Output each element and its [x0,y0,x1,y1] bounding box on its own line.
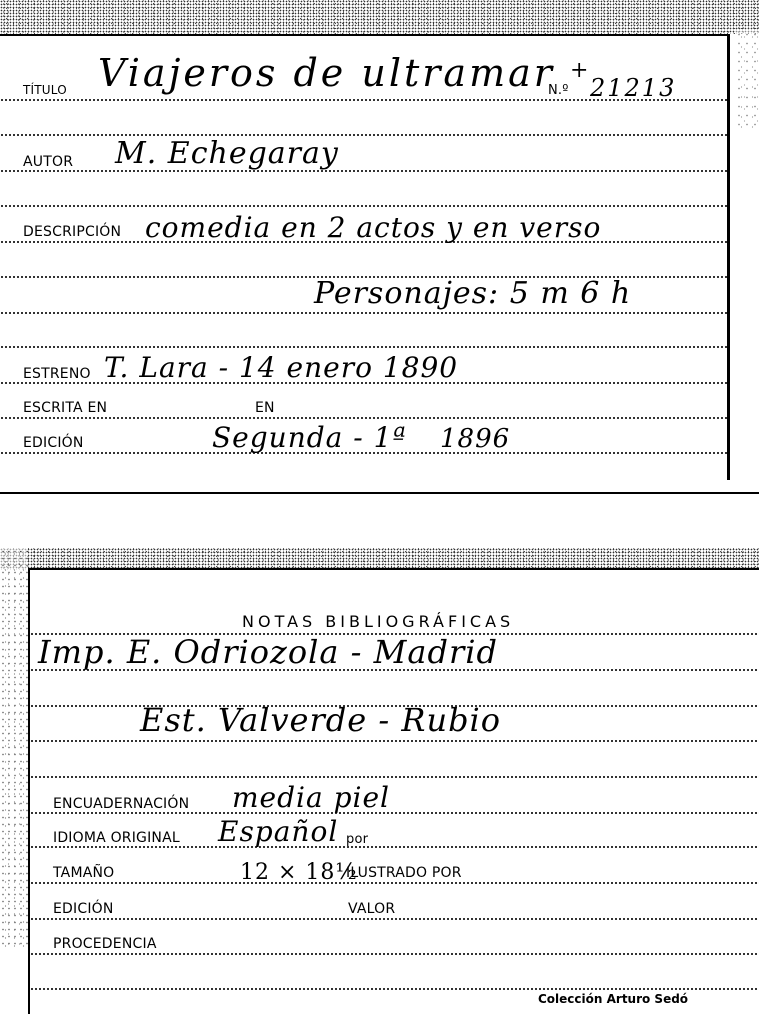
idioma-por-label: por [346,833,368,846]
rule-notes-5 [30,776,759,778]
escrita-en-label: ESCRITA EN [23,401,107,415]
rule-idioma [30,846,759,848]
collection-credit: Colección Arturo Sedó [538,992,688,1006]
rule-blank-final [30,988,759,990]
rule-blank-4 [0,346,727,348]
autor-label: AUTOR [23,155,73,169]
rule-notes-4 [30,740,759,742]
descripcion-value: comedia en 2 actos y en verso [145,214,601,242]
tamano-label: TAMAÑO [53,866,114,880]
rule-encuadernacion [30,812,759,814]
rule-blank-1 [0,134,727,136]
numero-mark: + [570,60,589,82]
card-back-top-border [28,568,759,570]
card-front-top-border [0,34,729,36]
edicion-year: 1896 [440,426,510,452]
encuadernacion-value: media piel [232,784,390,812]
notes-heading: NOTAS BIBLIOGRÁFICAS [242,612,514,631]
encuadernacion-label: ENCUADERNACIÓN [53,797,189,811]
edicion-value: Segunda - 1ª [212,424,407,452]
rule-blank-2 [0,205,727,207]
card-front-right-border [727,34,730,480]
titulo-label: TÍTULO [23,84,67,96]
estreno-value: T. Lara - 14 enero 1890 [104,354,458,382]
escrita-en-en-label: EN [255,401,275,415]
rule-personajes [0,312,727,314]
scan-noise-right [735,30,759,130]
numero-label: N.º [548,84,569,97]
scan-noise-middle [0,548,759,570]
rule-tamano [30,882,759,884]
rule-autor [0,170,727,172]
edicion-label: EDICIÓN [23,436,84,450]
autor-value: M. Echegaray [115,139,339,169]
titulo-value: Viajeros de ultramar [98,54,555,92]
scan-noise-left [0,548,28,948]
card-front-bottom-edge [0,492,759,494]
numero-value: 21213 [590,76,676,100]
idioma-value: Español [218,818,338,846]
procedencia-label: PROCEDENCIA [53,937,157,951]
tamano-value: 12 × 18½ [240,862,358,884]
scan-noise-top [0,0,759,34]
estreno-label: ESTRENO [23,367,91,381]
note-establecimiento: Est. Valverde - Rubio [140,704,501,736]
rule-procedencia [30,953,759,955]
valor-label: VALOR [348,902,395,916]
rule-edicion-back [30,918,759,920]
descripcion-label: DESCRIPCIÓN [23,225,121,239]
rule-escrita-en [0,417,727,419]
edicion-back-label: EDICIÓN [53,902,114,916]
idioma-label: IDIOMA ORIGINAL [53,831,180,845]
note-imprenta: Imp. E. Odriozola - Madrid [38,636,498,668]
personajes-value: Personajes: 5 m 6 h [314,279,631,309]
ilustrado-label: ILUSTRADO POR [346,866,462,880]
